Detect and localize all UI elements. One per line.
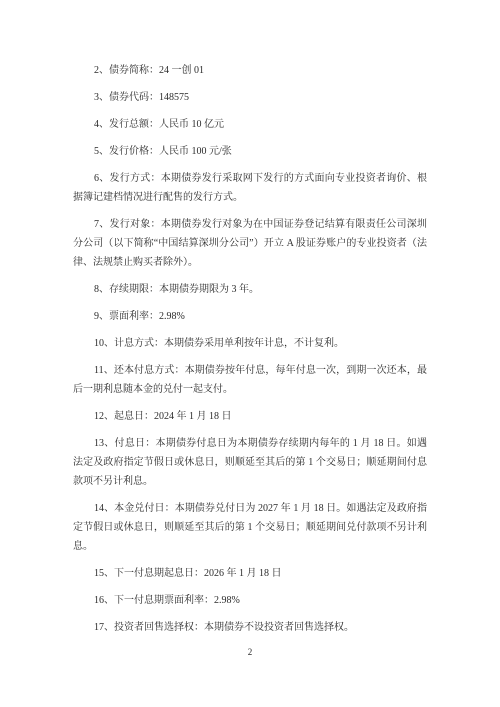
list-item-5-issue-price: 5、发行价格：人民币 100 元/张 (73, 142, 427, 161)
list-item-14-principal-payment-date: 14、本金兑付日：本期债券兑付日为 2027 年 1 月 18 日。如遇法定及政… (73, 499, 427, 556)
document-body: 2、债券简称：24 一创 01 3、债券代码：148575 4、发行总额：人民币… (73, 61, 427, 659)
list-item-17-put-option: 17、投资者回售选择权：本期债券不设投资者回售选择权。 (73, 618, 427, 637)
page-number: 2 (73, 645, 427, 659)
list-item-9-coupon-rate: 9、票面利率：2.98% (73, 307, 427, 326)
list-item-8-term: 8、存续期限：本期债券期限为 3 年。 (73, 280, 427, 299)
list-item-3-bond-code: 3、债券代码：148575 (73, 88, 427, 107)
list-item-4-issue-amount: 4、发行总额：人民币 10 亿元 (73, 115, 427, 134)
list-item-15-next-period-value-date: 15、下一付息期起息日：2026 年 1 月 18 日 (73, 564, 427, 583)
list-item-13-interest-payment-date: 13、付息日：本期债券付息日为本期债券存续期内每年的 1 月 18 日。如遇法定… (73, 434, 427, 491)
list-item-7-issue-target: 7、发行对象：本期债券发行对象为在中国证券登记结算有限责任公司深圳分公司（以下简… (73, 215, 427, 272)
list-item-2-bond-short-name: 2、债券简称：24 一创 01 (73, 61, 427, 80)
list-item-10-interest-method: 10、计息方式：本期债券采用单利按年计息，不计复利。 (73, 334, 427, 353)
list-item-6-issue-method: 6、发行方式：本期债券发行采取网下发行的方式面向专业投资者询价、根据簿记建档情况… (73, 169, 427, 207)
document-page: 2、债券简称：24 一创 01 3、债券代码：148575 4、发行总额：人民币… (0, 0, 500, 707)
list-item-11-repayment-method: 11、还本付息方式：本期债券按年付息，每年付息一次，到期一次还本，最后一期利息随… (73, 361, 427, 399)
list-item-16-next-period-coupon-rate: 16、下一付息期票面利率：2.98% (73, 591, 427, 610)
list-item-12-value-date: 12、起息日：2024 年 1 月 18 日 (73, 407, 427, 426)
